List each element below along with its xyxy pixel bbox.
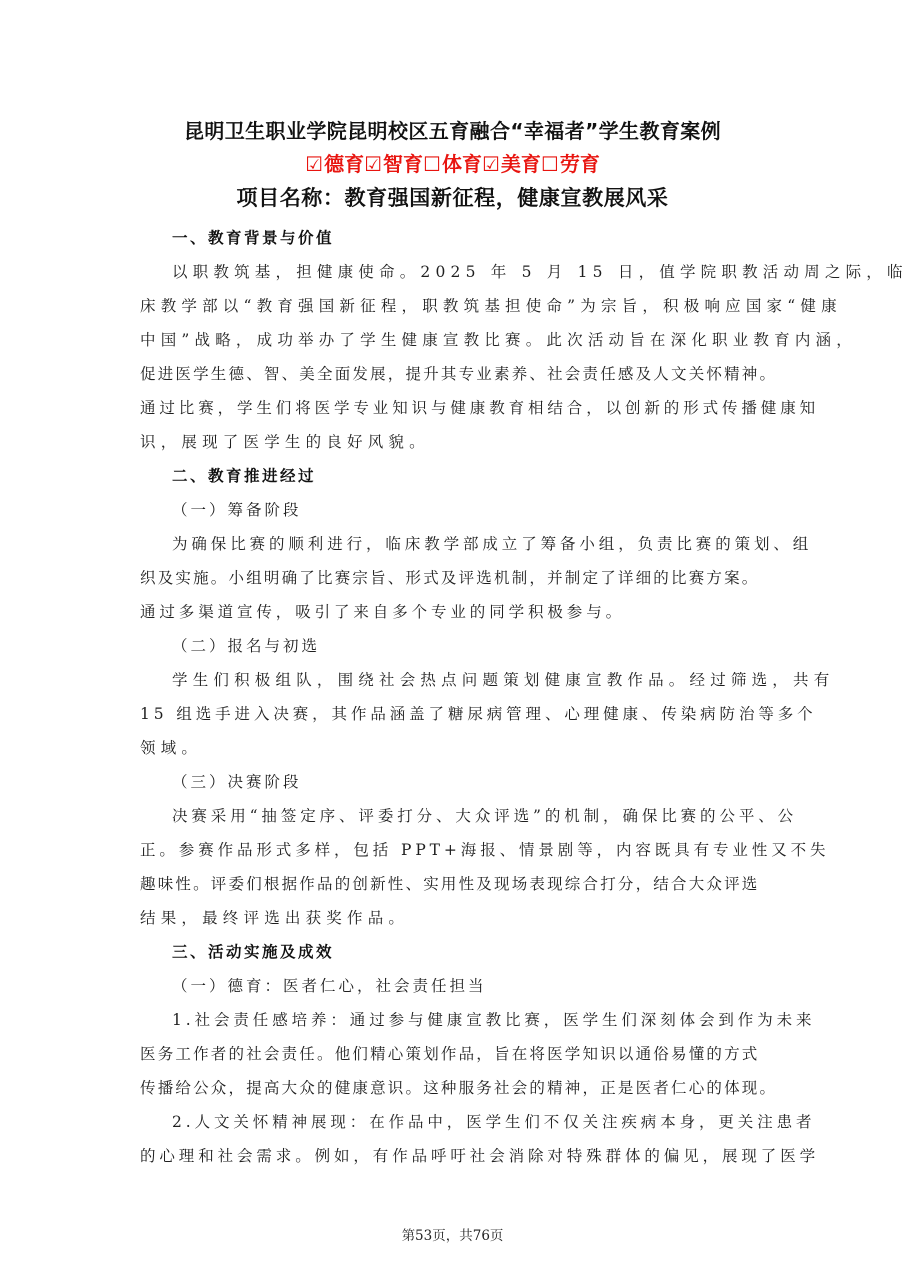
paragraph-line: 趣味性。评委们根据作品的创新性、实用性及现场表现综合打分，结合大众评选 [140,867,768,901]
paragraph-line: 1.社会责任感培养：通过参与健康宣教比赛，医学生们深刻体会到作为未来 [140,1003,768,1037]
document-body: 一、教育背景与价值 以职教筑基，担健康使命。2025 年 5 月 15 日，值学… [140,221,768,1173]
subsection-heading: （一）筹备阶段 [140,493,768,527]
education-category-checklist: ☑德育☑智育☐体育☑美育☐劳育 [0,148,905,177]
paragraph-line: 识，展现了医学生的良好风貌。 [140,425,768,459]
paragraph-line: 通过多渠道宣传，吸引了来自多个专业的同学积极参与。 [140,595,768,629]
page-number-footer: 第53页，共76页 [0,1224,905,1244]
paragraph-line: 15 组选手进入决赛，其作品涵盖了糖尿病管理、心理健康、传染病防治等多个 [140,697,768,731]
paragraph-line: 通过比赛，学生们将医学专业知识与健康教育相结合，以创新的形式传播健康知 [140,391,768,425]
paragraph-line: 医务工作者的社会责任。他们精心策划作品，旨在将医学知识以通俗易懂的方式 [140,1037,768,1071]
subsection-heading: （二）报名与初选 [140,629,768,663]
paragraph-line: 领域。 [140,731,768,765]
paragraph-line: 以职教筑基，担健康使命。2025 年 5 月 15 日，值学院职教活动周之际，临 [140,255,768,289]
paragraph-line: 促进医学生德、智、美全面发展，提升其专业素养、社会责任感及人文关怀精神。 [140,357,768,391]
checked-box-icon: ☑ [364,152,382,176]
document-page: 昆明卫生职业学院昆明校区五育融合“幸福者”学生教育案例 ☑德育☑智育☐体育☑美育… [0,0,905,1280]
category-intellectual: ☑智育 [364,152,423,176]
category-aesthetic: ☑美育 [482,152,541,176]
project-title: 项目名称：教育强国新征程，健康宣教展风采 [0,182,905,212]
unchecked-box-icon: ☐ [423,152,441,176]
paragraph-line: 织及实施。小组明确了比赛宗旨、形式及评选机制，并制定了详细的比赛方案。 [140,561,768,595]
document-title: 昆明卫生职业学院昆明校区五育融合“幸福者”学生教育案例 [0,115,905,144]
checked-box-icon: ☑ [305,152,323,176]
category-moral: ☑德育 [305,152,364,176]
paragraph-line: 的心理和社会需求。例如，有作品呼吁社会消除对特殊群体的偏见，展现了医学 [140,1139,768,1173]
subsection-heading: （三）决赛阶段 [140,765,768,799]
paragraph-line: 学生们积极组队，围绕社会热点问题策划健康宣教作品。经过筛选，共有 [140,663,768,697]
paragraph-line: 床教学部以“教育强国新征程，职教筑基担使命”为宗旨，积极响应国家“健康 [140,289,768,323]
paragraph-line: 正。参赛作品形式多样，包括 PPT+海报、情景剧等，内容既具有专业性又不失 [140,833,768,867]
category-labor: ☐劳育 [541,152,600,176]
paragraph-line: 结果，最终评选出获奖作品。 [140,901,768,935]
section-heading: 一、教育背景与价值 [140,221,768,255]
paragraph-line: 中国”战略，成功举办了学生健康宣教比赛。此次活动旨在深化职业教育内涵， [140,323,768,357]
paragraph-line: 决赛采用“抽签定序、评委打分、大众评选”的机制，确保比赛的公平、公 [140,799,768,833]
section-heading: 二、教育推进经过 [140,459,768,493]
paragraph-line: 为确保比赛的顺利进行，临床教学部成立了筹备小组，负责比赛的策划、组 [140,527,768,561]
section-heading: 三、活动实施及成效 [140,935,768,969]
paragraph-line: 传播给公众，提高大众的健康意识。这种服务社会的精神，正是医者仁心的体现。 [140,1071,768,1105]
unchecked-box-icon: ☐ [541,152,559,176]
subsection-heading: （一）德育：医者仁心，社会责任担当 [140,969,768,1003]
category-physical: ☐体育 [423,152,482,176]
checked-box-icon: ☑ [482,152,500,176]
paragraph-line: 2.人文关怀精神展现：在作品中，医学生们不仅关注疾病本身，更关注患者 [140,1105,768,1139]
